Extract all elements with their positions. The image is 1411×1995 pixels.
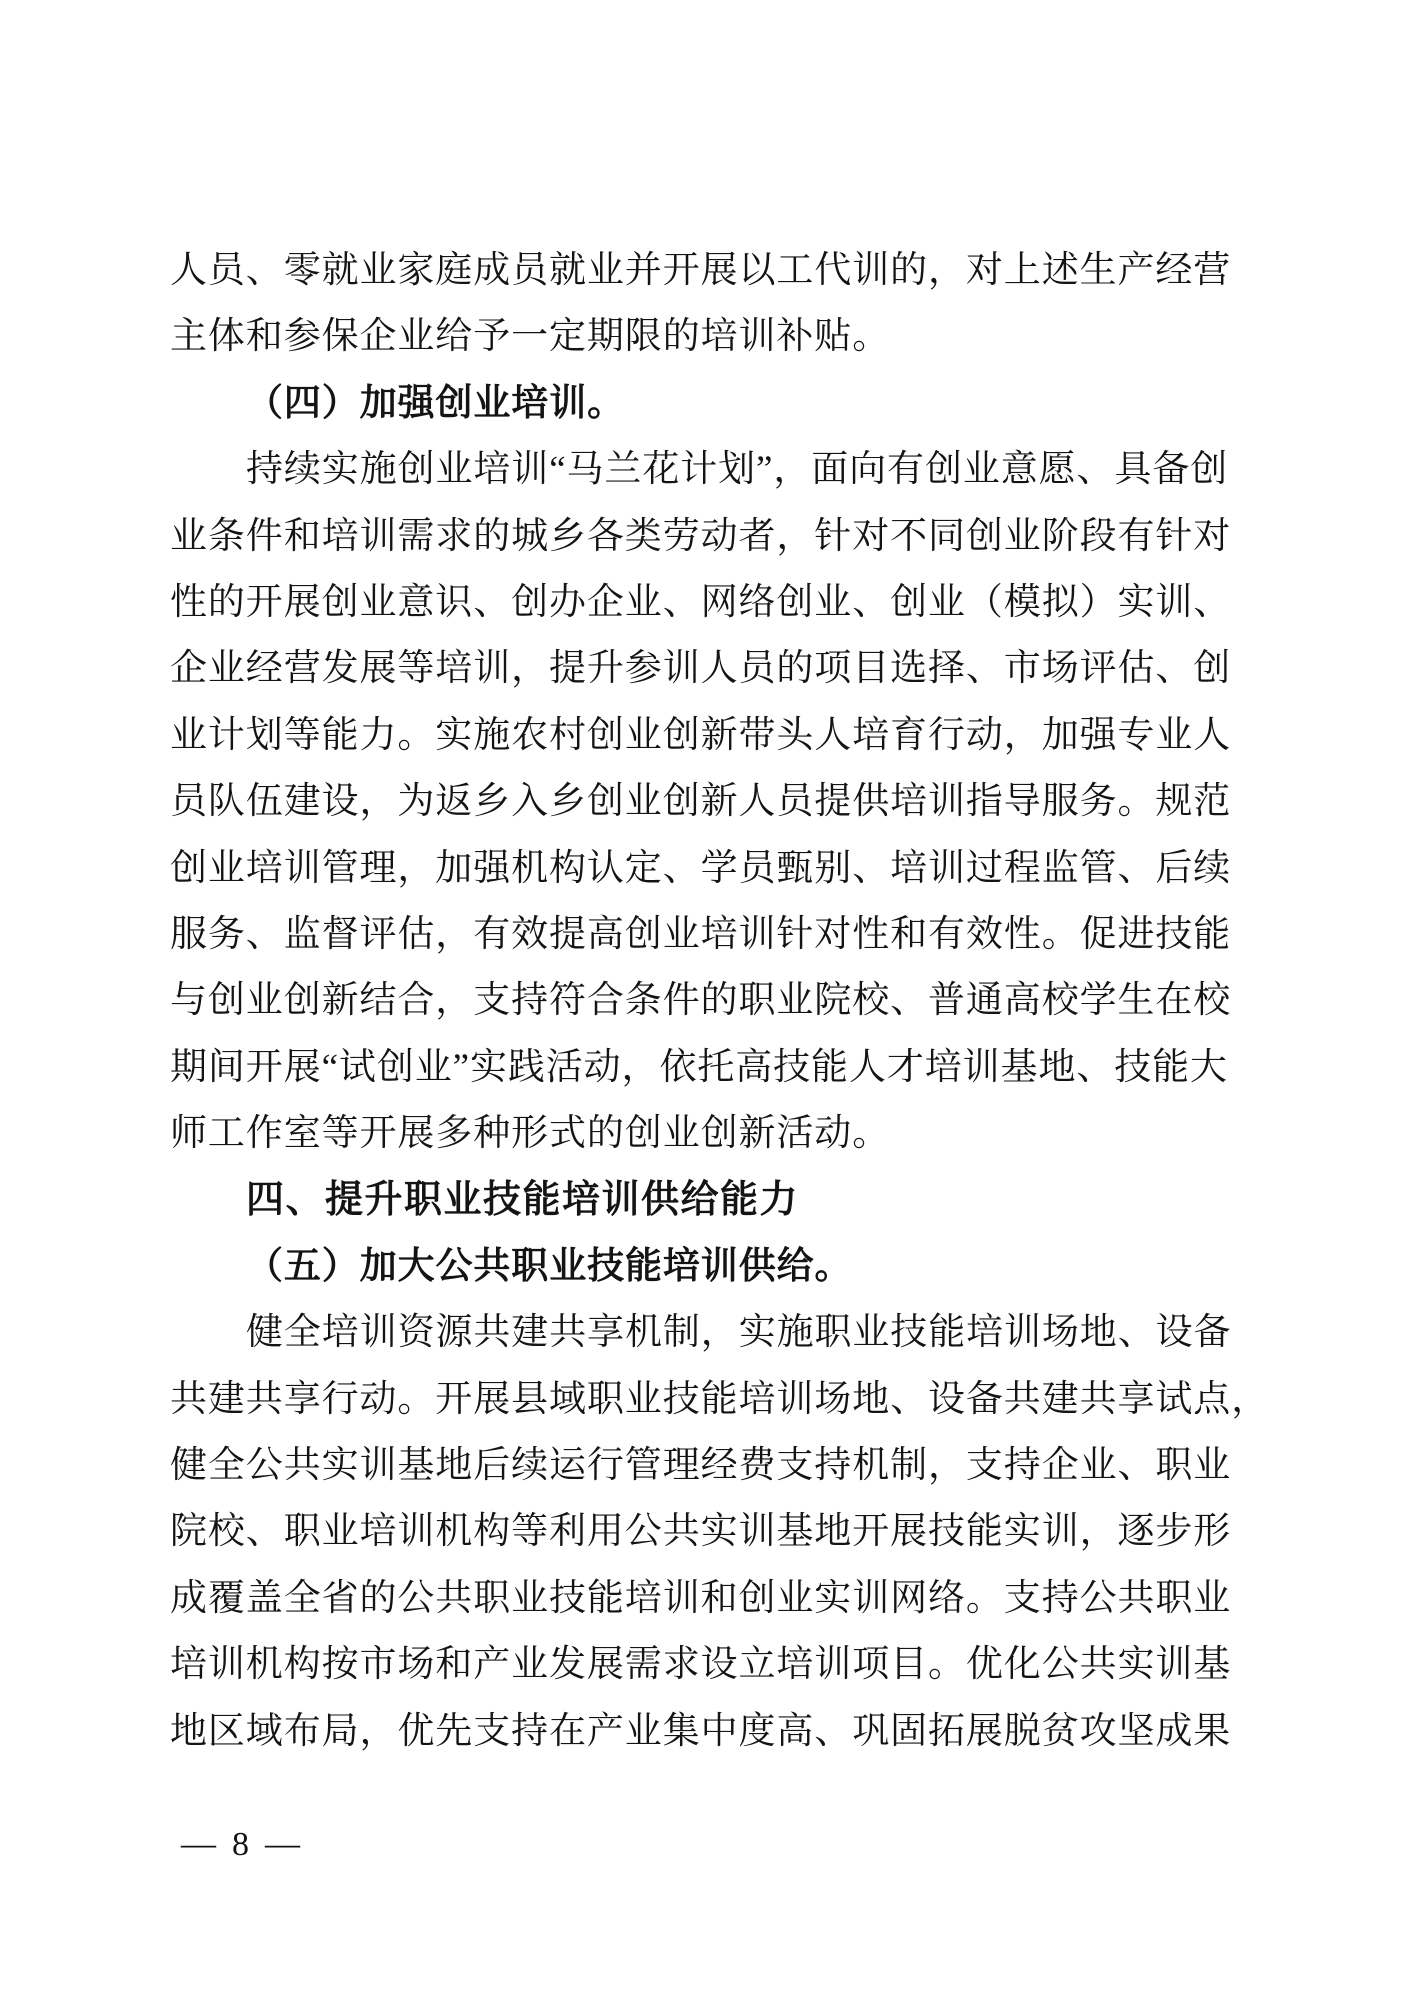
footer-dash-right: — — [265, 1824, 300, 1864]
page-footer: —8— — [181, 1824, 300, 1864]
footer-dash-left: — — [181, 1824, 216, 1864]
body-text-line: 院校、职业培训机构等利用公共实训基地开展技能实训，逐步形 — [170, 1499, 1245, 1565]
body-text-line: 创业培训管理，加强机构认定、学员甄别、培训过程监管、后续 — [170, 836, 1245, 902]
body-text-line: 成覆盖全省的公共职业技能培训和创业实训网络。支持公共职业 — [170, 1566, 1245, 1632]
subsection-heading: （五）加大公共职业技能培训供给。 — [170, 1234, 1245, 1300]
body-text-line: 业条件和培训需求的城乡各类劳动者，针对不同创业阶段有针对 — [170, 504, 1245, 570]
page-number: 8 — [232, 1826, 249, 1864]
document-body: 人员、零就业家庭成员就业并开展以工代训的，对上述生产经营主体和参保企业给予一定期… — [170, 238, 1245, 1765]
body-text-line: 企业经营发展等培训，提升参训人员的项目选择、市场评估、创 — [170, 636, 1245, 702]
body-text-line: 服务、监督评估，有效提高创业培训针对性和有效性。促进技能 — [170, 902, 1245, 968]
body-text-line: 人员、零就业家庭成员就业并开展以工代训的，对上述生产经营 — [170, 238, 1245, 304]
body-text-line: 健全公共实训基地后续运行管理经费支持机制，支持企业、职业 — [170, 1433, 1245, 1499]
subsection-heading: （四）加强创业培训。 — [170, 371, 1245, 437]
document-page: 人员、零就业家庭成员就业并开展以工代训的，对上述生产经营主体和参保企业给予一定期… — [0, 0, 1411, 1995]
body-text-line: 员队伍建设，为返乡入乡创业创新人员提供培训指导服务。规范 — [170, 769, 1245, 835]
body-text-line: 地区域布局，优先支持在产业集中度高、巩固拓展脱贫攻坚成果 — [170, 1699, 1245, 1765]
body-text-line: 主体和参保企业给予一定期限的培训补贴。 — [170, 304, 1245, 370]
body-text-line: 培训机构按市场和产业发展需求设立培训项目。优化公共实训基 — [170, 1632, 1245, 1698]
body-text-line: 业计划等能力。实施农村创业创新带头人培育行动，加强专业人 — [170, 703, 1245, 769]
body-text-line: 师工作室等开展多种形式的创业创新活动。 — [170, 1101, 1245, 1167]
paragraph-first-line: 持续实施创业培训“马兰花计划”，面向有创业意愿、具备创 — [170, 437, 1245, 503]
body-text-line: 期间开展“试创业”实践活动，依托高技能人才培训基地、技能大 — [170, 1035, 1245, 1101]
section-heading: 四、提升职业技能培训供给能力 — [170, 1167, 1245, 1233]
body-text-line: 共建共享行动。开展县域职业技能培训场地、设备共建共享试点， — [170, 1367, 1245, 1433]
body-text-line: 性的开展创业意识、创办企业、网络创业、创业（模拟）实训、 — [170, 570, 1245, 636]
body-text-line: 与创业创新结合，支持符合条件的职业院校、普通高校学生在校 — [170, 968, 1245, 1034]
paragraph-first-line: 健全培训资源共建共享机制，实施职业技能培训场地、设备 — [170, 1300, 1245, 1366]
